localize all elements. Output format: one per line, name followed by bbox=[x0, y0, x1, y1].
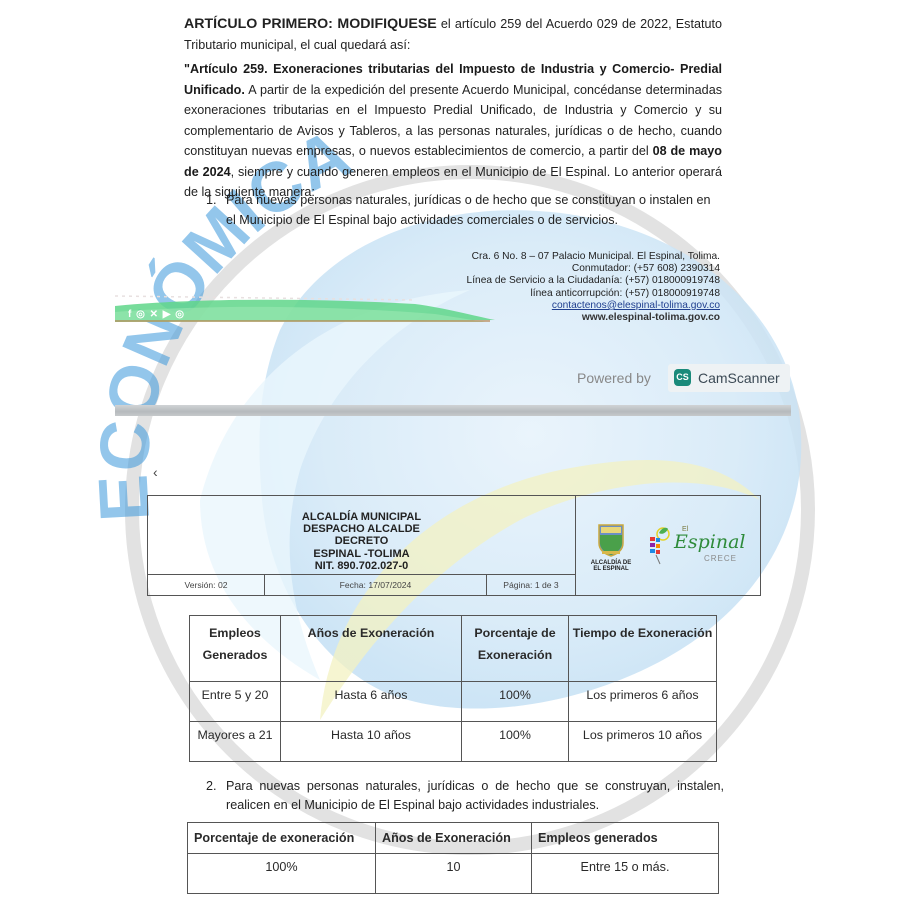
contact-block: Cra. 6 No. 8 – 07 Palacio Municipal. El … bbox=[467, 251, 720, 324]
header-title-line: DECRETO bbox=[148, 535, 575, 547]
article-259-paragraph: "Artículo 259. Exoneraciones tributarias… bbox=[184, 59, 722, 203]
table-cell: Los primeros 6 años bbox=[569, 682, 717, 722]
list-item-number: 2. bbox=[206, 777, 217, 796]
column-header: Años de Exoneración bbox=[376, 823, 532, 854]
camscanner-icon: CS bbox=[674, 369, 691, 386]
table-cell: 100% bbox=[462, 682, 569, 722]
header-title-line: ALCALDÍA MUNICIPAL bbox=[148, 511, 575, 523]
contact-email-link[interactable]: contactenos@elespinal-tolima.gov.co bbox=[467, 300, 720, 312]
list-item-text: Para nuevas personas naturales, jurídica… bbox=[206, 777, 724, 815]
page-separator bbox=[115, 405, 791, 416]
version-cell: Versión: 02 bbox=[148, 575, 265, 596]
date-cell: Fecha: 17/07/2024 bbox=[265, 575, 487, 596]
table-cell: Mayores a 21 bbox=[190, 722, 281, 762]
table-cell: Hasta 6 años bbox=[281, 682, 462, 722]
header-title-line: ESPINAL -TOLIMA bbox=[148, 548, 575, 560]
website-link[interactable]: www.elespinal-tolima.gov.co bbox=[467, 312, 720, 324]
table-cell: 10 bbox=[376, 854, 532, 894]
table-cell: 100% bbox=[188, 854, 376, 894]
column-header: Tiempo de Exoneración bbox=[569, 616, 717, 682]
column-header: Porcentaje de exoneración bbox=[188, 823, 376, 854]
address: Cra. 6 No. 8 – 07 Palacio Municipal. El … bbox=[467, 251, 720, 263]
table-cell: Entre 15 o más. bbox=[532, 854, 719, 894]
list-item-text: Para nuevas personas naturales, jurídica… bbox=[206, 190, 722, 230]
table-row: Mayores a 21 Hasta 10 años 100% Los prim… bbox=[190, 722, 717, 762]
espinal-crece-logo-icon bbox=[646, 525, 672, 565]
social-media-icons: f ◎ ✕ ▶ ◎ bbox=[128, 309, 185, 320]
table-cell: Entre 5 y 20 bbox=[190, 682, 281, 722]
decree-header-table: ALCALDÍA MUNICIPAL DESPACHO ALCALDE DECR… bbox=[147, 495, 761, 596]
header-title-line: DESPACHO ALCALDE bbox=[148, 523, 575, 535]
column-header: Porcentaje de Exoneración bbox=[462, 616, 569, 682]
column-header: Empleos Generados bbox=[190, 616, 281, 682]
header-title-cell: ALCALDÍA MUNICIPAL DESPACHO ALCALDE DECR… bbox=[148, 496, 576, 575]
crest-label: ALCALDÍA DE EL ESPINAL bbox=[588, 560, 634, 572]
municipal-crest-icon bbox=[596, 523, 626, 557]
list-item-1: 1. Para nuevas personas naturales, juríd… bbox=[206, 190, 722, 230]
switchboard-phone: Conmutador: (+57 608) 2390314 bbox=[467, 263, 720, 275]
article-first-lead: ARTÍCULO PRIMERO: MODIFIQUESE bbox=[184, 16, 437, 32]
column-header: Años de Exoneración bbox=[281, 616, 462, 682]
table-cell: Hasta 10 años bbox=[281, 722, 462, 762]
article-259-text: A partir de la expedición del presente A… bbox=[184, 83, 722, 159]
table-cell: Los primeros 10 años bbox=[569, 722, 717, 762]
table-row: Entre 5 y 20 Hasta 6 años 100% Los prime… bbox=[190, 682, 717, 722]
brand-tagline: CRECE bbox=[704, 554, 737, 563]
scan-artifact: ‹ bbox=[153, 464, 158, 480]
list-item-number: 1. bbox=[206, 190, 217, 210]
table-row: 100% 10 Entre 15 o más. bbox=[188, 854, 719, 894]
column-header: Empleos generados bbox=[532, 823, 719, 854]
commercial-exemption-table: Empleos Generados Años de Exoneración Po… bbox=[189, 615, 717, 762]
camscanner-brand: CamScanner bbox=[698, 370, 780, 386]
powered-by-label: Powered by bbox=[577, 370, 651, 386]
header-logo-cell: ALCALDÍA DE EL ESPINAL El Espinal bbox=[576, 496, 761, 596]
header-nit: NIT. 890.702.027-0 bbox=[148, 560, 575, 572]
citizen-service-line: Línea de Servicio a la Ciudadanía: (+57)… bbox=[467, 275, 720, 287]
article-first-paragraph: ARTÍCULO PRIMERO: MODIFIQUESE el artícul… bbox=[184, 14, 722, 55]
industrial-exemption-table: Porcentaje de exoneración Años de Exoner… bbox=[187, 822, 719, 894]
table-header-row: Porcentaje de exoneración Años de Exoner… bbox=[188, 823, 719, 854]
camscanner-badge: CS CamScanner bbox=[668, 364, 790, 392]
list-item-2: 2. Para nuevas personas naturales, juríd… bbox=[206, 777, 724, 815]
table-cell: 100% bbox=[462, 722, 569, 762]
page-number-cell: Página: 1 de 3 bbox=[487, 575, 576, 596]
brand-name: Espinal bbox=[674, 531, 746, 553]
table-header-row: Empleos Generados Años de Exoneración Po… bbox=[190, 616, 717, 682]
anticorruption-line: línea anticorrupción: (+57) 018000919748 bbox=[467, 288, 720, 300]
